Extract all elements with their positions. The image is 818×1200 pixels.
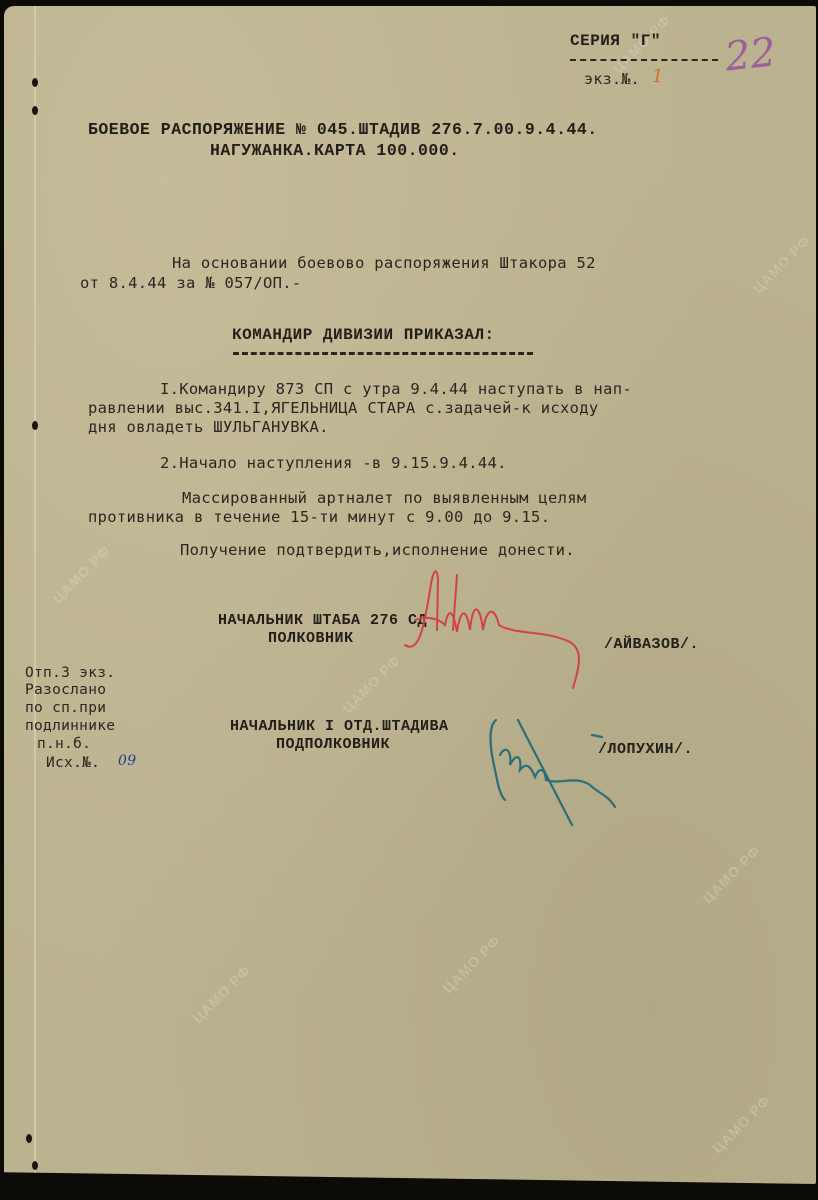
intro-line2: от 8.4.44 за № 057/ОП.- [80,274,302,292]
binding-hole [26,1134,32,1143]
watermark: ЦАМО РФ [189,962,253,1026]
copy-label: экз.№. [584,70,640,88]
signature-blue-ink [450,715,640,830]
binding-hole [32,421,38,430]
watermark: ЦАМО РФ [339,652,403,716]
binding-hole [32,1161,38,1170]
margin-note-handwritten-number: 09 [118,753,136,769]
item2-line1: 2.Начало наступления -в 9.15.9.4.44. [160,454,507,472]
order-heading: КОМАНДИР ДИВИЗИИ ПРИКАЗАЛ: [232,326,495,344]
margin-note-line3: по сп.при [25,700,106,716]
intro-line1: На основании боевово распоряжения Штакор… [172,254,596,272]
document-title-line1: БОЕВОЕ РАСПОРЯЖЕНИЕ № 045.ШТАДИВ 276.7.0… [88,120,598,139]
margin-note-line5: п.н.б. [37,736,91,752]
watermark: ЦАМО РФ [49,542,113,606]
document-title-line2: НАГУЖАНКА.КАРТА 100.000. [210,141,460,160]
signature2-rank: ПОДПОЛКОВНИК [276,736,390,753]
series-underline [570,59,718,61]
fold-line [34,6,36,1184]
signature-red-ink [395,560,595,690]
artillery-line2: противника в течение 15-ти минут с 9.00 … [88,508,550,526]
confirm-line: Получение подтвердить,исполнение донести… [180,541,575,559]
margin-note-line2: Разослано [25,682,106,698]
binding-hole [32,106,38,115]
signature1-rank: ПОЛКОВНИК [268,630,354,647]
margin-note-line6: Исх.№. [46,755,100,771]
binding-hole [32,78,38,87]
copy-number-handwritten: 1 [652,66,664,87]
artillery-line1: Массированный артналет по выявленным цел… [182,489,587,507]
item1-line2: равлении выс.341.I,ЯГЕЛЬНИЦА СТАРА с.зад… [88,399,598,417]
watermark: ЦАМО РФ [749,232,813,296]
margin-note-line1: Отп.3 экз. [25,664,115,682]
margin-note-line4: подлиннике [25,718,115,734]
signature1-name: /АЙВАЗОВ/. [604,636,699,653]
item1-line1: I.Командиру 873 СП с утра 9.4.44 наступа… [160,380,632,398]
heading-underline [233,352,533,355]
signature2-position: НАЧАЛЬНИК I ОТД.ШТАДИВА [230,718,449,735]
watermark: ЦАМО РФ [709,1092,773,1156]
item1-line3: дня овладеть ШУЛЬГАНУВКА. [88,418,329,436]
series-label: СЕРИЯ "Г" [570,32,661,50]
watermark: ЦАМО РФ [699,842,763,906]
watermark: ЦАМО РФ [439,932,503,996]
archive-page-number: 22 [723,29,778,80]
